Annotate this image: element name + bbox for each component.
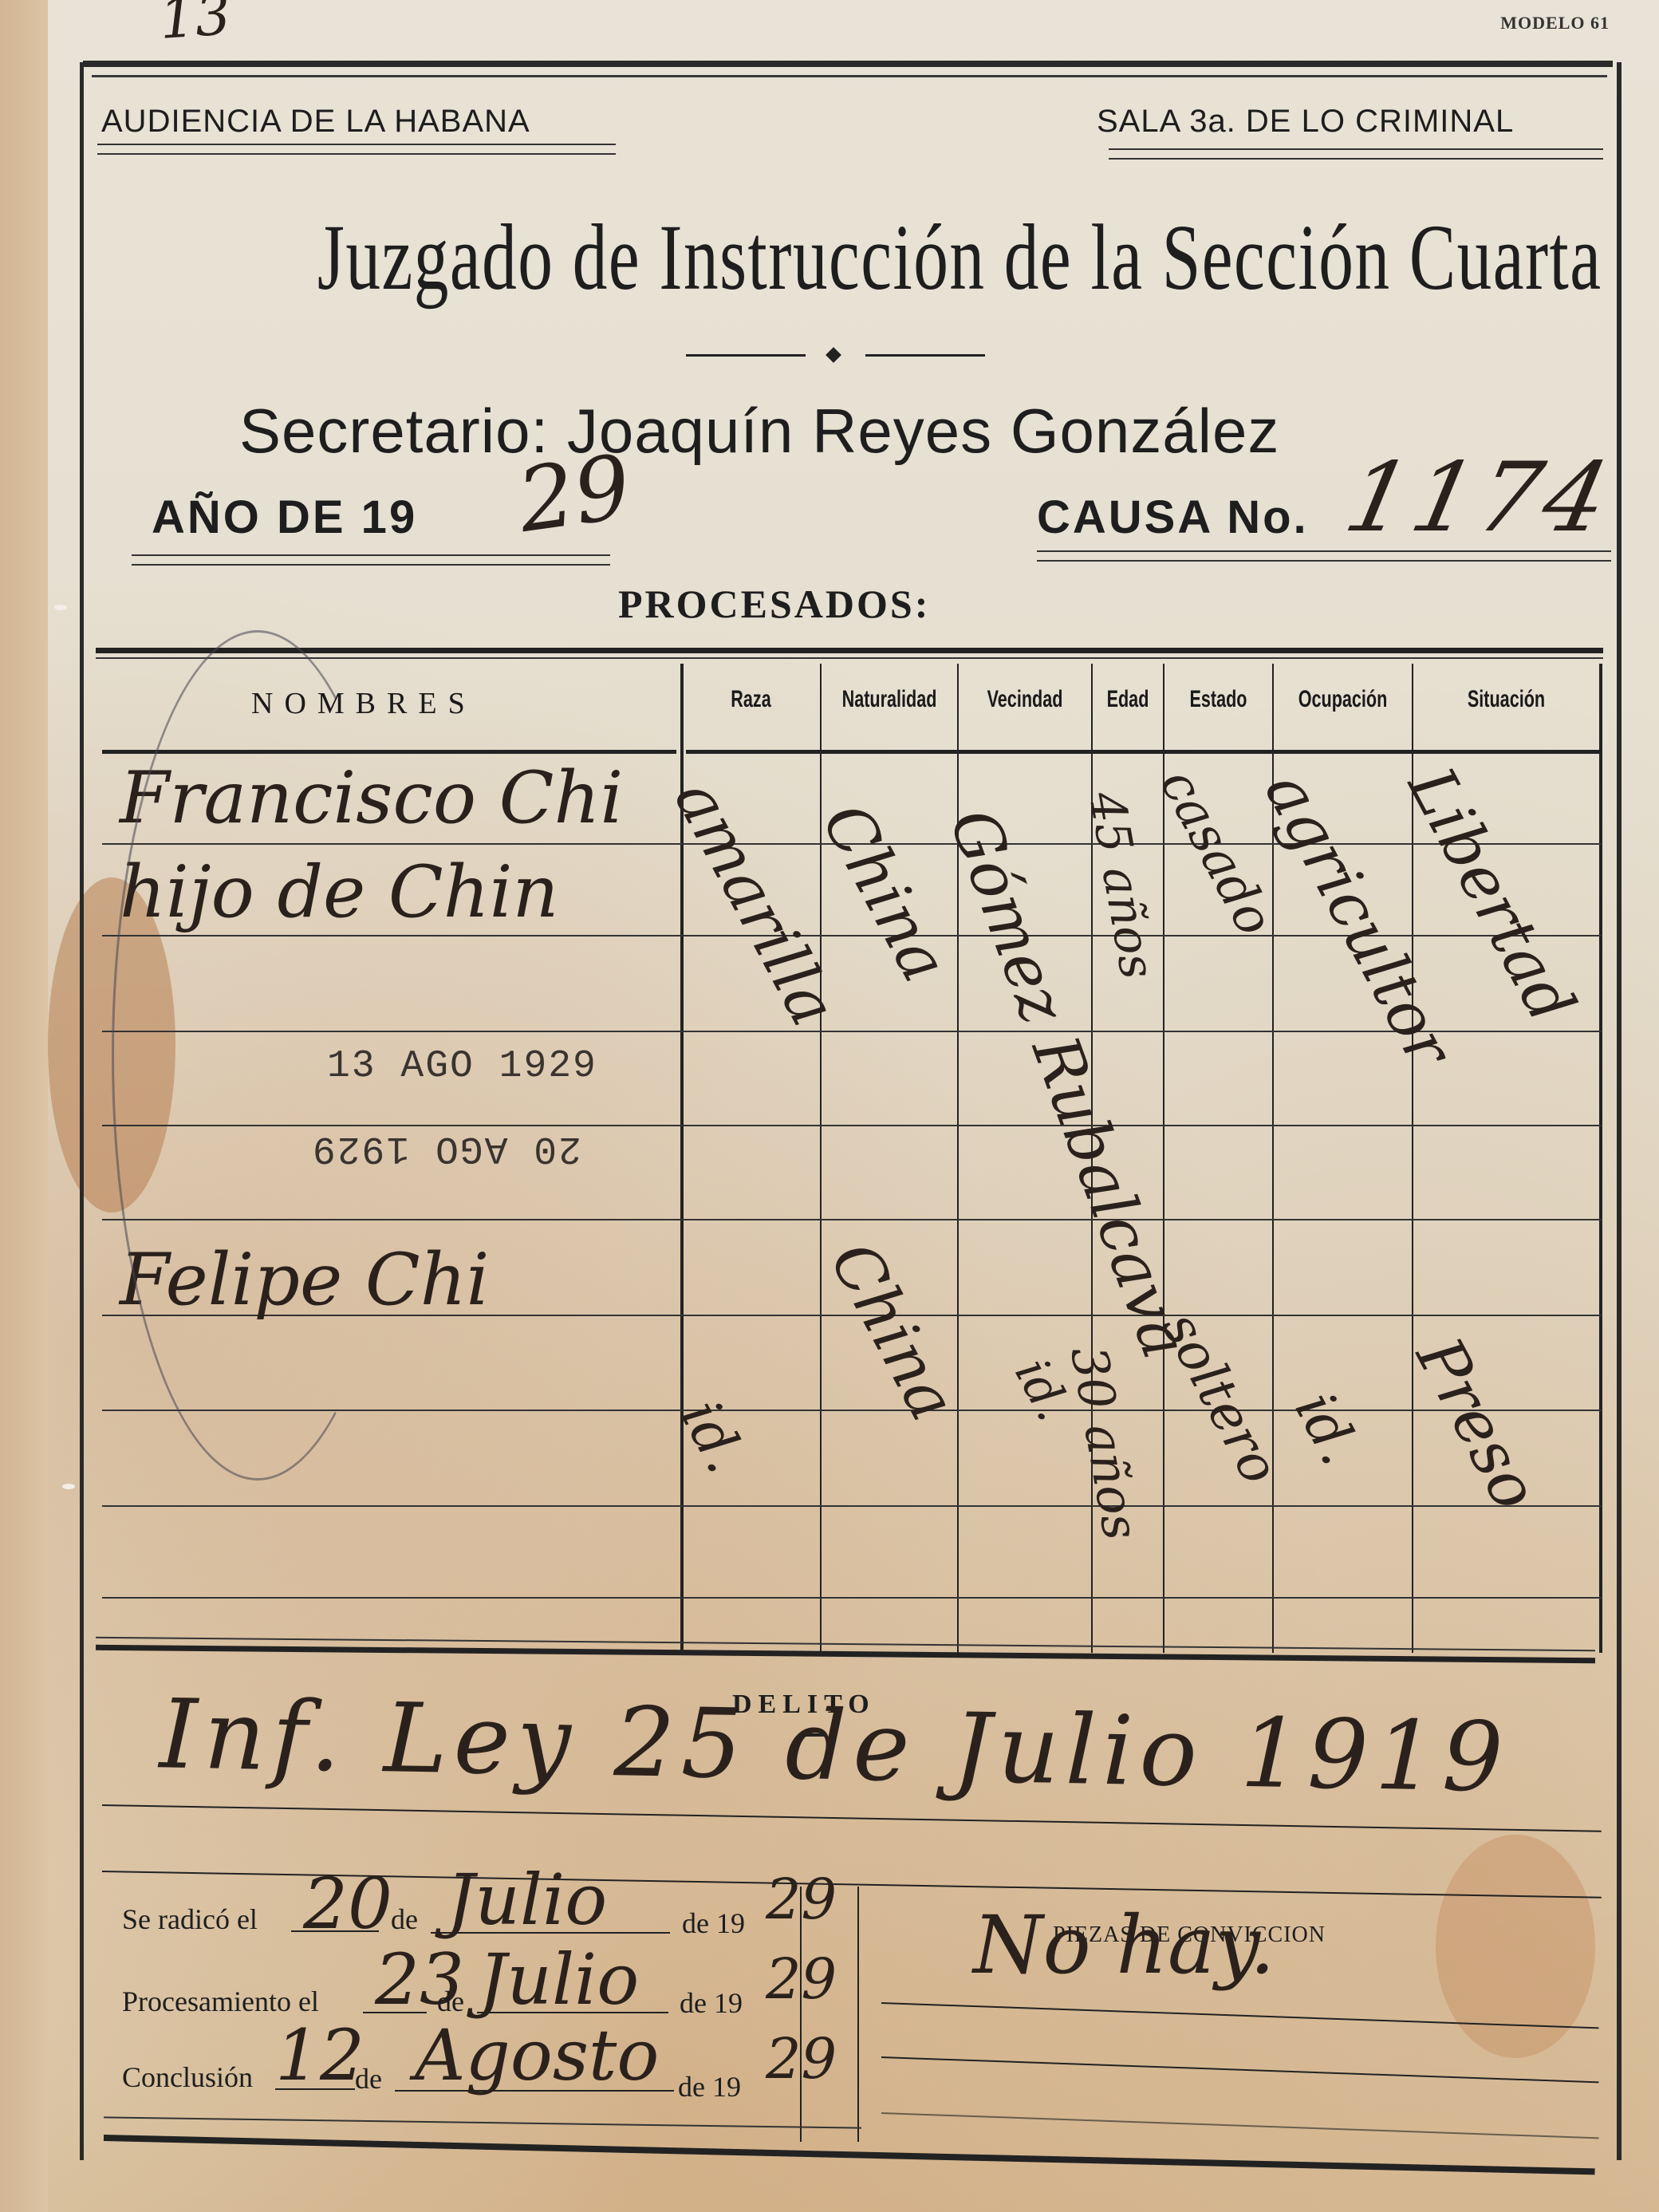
- radico-de: de: [391, 1902, 418, 1936]
- procesamiento-label: Procesamiento el: [122, 1985, 319, 2018]
- pencil-bracket-mark: [112, 630, 404, 1481]
- column-header-estado: Estado: [1180, 686, 1257, 713]
- conclusion-year-prefix: de 19: [678, 2070, 741, 2104]
- radico-label: Se radicó el: [122, 1902, 258, 1936]
- piezas-value: No hay.: [973, 1899, 1275, 1992]
- dates-divider: [800, 1887, 802, 2142]
- column-divider: [1599, 664, 1602, 1653]
- causa-number: 1174: [1336, 443, 1622, 554]
- ornament-divider: [686, 351, 989, 359]
- sala-underline: [1109, 148, 1603, 160]
- column-header-situacion: Situación: [1440, 686, 1574, 713]
- form-model-number: MODELO 61: [1500, 13, 1610, 34]
- situacion-value-2: Preso: [1402, 1326, 1553, 1522]
- delito-value: Inf. Ley 25 de Julio 1919: [159, 1679, 1511, 1814]
- row-rule: [102, 1505, 1602, 1507]
- header-rule: [686, 750, 1599, 754]
- table-top-rule-thin: [96, 657, 1603, 659]
- ano-underline: [132, 554, 610, 566]
- edad-value-2: 30 años: [1059, 1342, 1150, 1544]
- naturalidad-value-1: China: [808, 791, 963, 993]
- conclusion-label: Conclusión: [122, 2060, 253, 2094]
- column-header-raza: Raza: [701, 686, 801, 713]
- procesados-heading: PROCESADOS:: [618, 581, 930, 627]
- radico-month: Julio: [447, 1859, 607, 1941]
- ano-label: AÑO DE 19: [152, 491, 417, 544]
- procesamiento-de: de: [437, 1985, 464, 2018]
- punch-hole: [62, 1484, 75, 1489]
- ano-value: 29: [512, 436, 636, 552]
- column-header-vecindad: Vecindad: [977, 686, 1073, 713]
- column-header-naturalidad: Naturalidad: [841, 686, 938, 713]
- radico-year-prefix: de 19: [682, 1906, 745, 1940]
- column-header-edad: Edad: [1102, 686, 1153, 713]
- court-underline: [97, 144, 616, 155]
- naturalidad-value-2: China: [816, 1230, 971, 1432]
- conclusion-de: de: [355, 2062, 382, 2096]
- conclusion-month: Agosto: [415, 2014, 659, 2096]
- table-top-rule: [96, 648, 1603, 653]
- conclusion-day: 12: [275, 2014, 365, 2096]
- corner-note: 13: [157, 0, 233, 52]
- ocupacion-value-2: id.: [1283, 1382, 1373, 1475]
- secretario-name: Secretario: Joaquín Reyes González: [239, 395, 1279, 467]
- estado-value-2: soltero: [1150, 1302, 1291, 1494]
- raza-value-1: amarilla: [660, 767, 851, 1038]
- piezas-divider: [857, 1887, 859, 2142]
- frame-top-rule: [83, 61, 1613, 67]
- frame-top-rule-thin: [92, 75, 1607, 77]
- causa-label: CAUSA No.: [1037, 491, 1309, 544]
- row-rule: [102, 1597, 1602, 1599]
- paper-edge: [0, 0, 48, 2212]
- procesamiento-month: Julio: [479, 1938, 639, 2021]
- column-header-ocupacion: Ocupación: [1293, 686, 1393, 713]
- page-title: Juzgado de Instrucción de la Sección Cua…: [317, 203, 1397, 312]
- punch-hole: [54, 605, 67, 610]
- court-name: AUDIENCIA DE LA HABANA: [101, 104, 530, 140]
- procesamiento-year-prefix: de 19: [680, 1986, 743, 2020]
- column-divider: [820, 664, 822, 1653]
- radico-day: 20: [303, 1863, 392, 1945]
- column-divider: [957, 664, 959, 1653]
- sala-name: SALA 3a. DE LO CRIMINAL: [1097, 104, 1514, 140]
